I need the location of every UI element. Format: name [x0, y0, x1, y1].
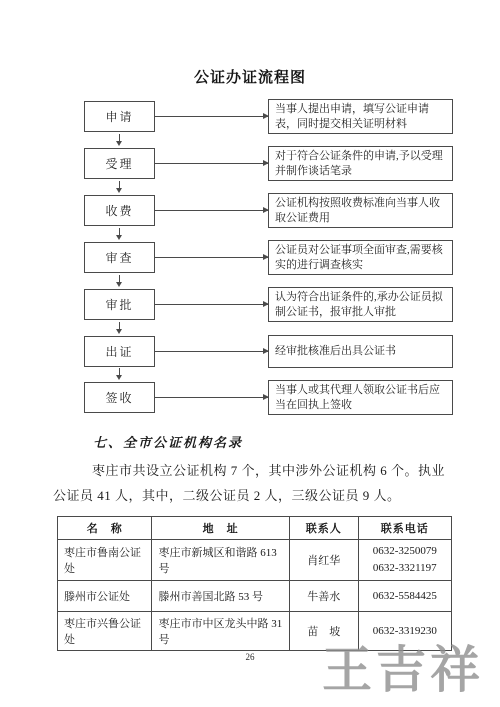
section-heading: 七、全市公证机构名录 [93, 432, 500, 451]
flow-step-charge: 收费 公证机构按照收费标准向当事人收取公证费用 [0, 193, 500, 228]
office-name: 枣庄市鲁南公证处 [58, 540, 152, 581]
col-header-address: 地 址 [152, 517, 289, 540]
flow-step-label: 受理 [105, 155, 133, 172]
flow-step-approve: 审批 认为符合出证条件的,承办公证员拟制公证书，报审批人审批 [0, 287, 500, 322]
flow-step-label: 审查 [105, 249, 133, 266]
flow-step-box: 收费 [84, 195, 155, 226]
right-arrow-connector [155, 351, 268, 352]
arrow-head [116, 235, 122, 240]
page-title: 公证办证流程图 [0, 0, 500, 87]
table-row: 枣庄市鲁南公证处 枣庄市新城区和谐路 613 号 肖红华 0632-325007… [58, 540, 452, 581]
flow-step-description: 当事人提出申请，填写公证申请表，同时提交相关证明材料 [268, 99, 453, 134]
flow-step-sign: 签收 当事人或其代理人领取公证书后应当在回执上签收 [0, 380, 500, 415]
flow-step-review: 审查 公证员对公证事项全面审查,需要核实的进行调查核实 [0, 240, 500, 275]
office-address: 枣庄市市中区龙头中路 31 号 [152, 612, 289, 651]
down-arrow-icon [116, 181, 123, 193]
down-arrow-icon [116, 275, 123, 287]
flow-step-apply: 申请 当事人提出申请，填写公证申请表，同时提交相关证明材料 [0, 99, 500, 134]
office-address: 滕州市善国北路 53 号 [152, 581, 289, 612]
right-arrow-connector [155, 116, 268, 117]
office-name: 枣庄市兴鲁公证处 [58, 612, 152, 651]
down-arrow-icon [116, 228, 123, 240]
document-page: 公证办证流程图 申请 当事人提出申请，填写公证申请表，同时提交相关证明材料 受理… [0, 0, 500, 707]
down-arrow-icon [116, 322, 123, 334]
flow-step-label: 收费 [105, 202, 133, 219]
flow-step-box: 申请 [84, 101, 155, 132]
phone-line-1: 0632-5584425 [365, 588, 445, 605]
phone-line-1: 0632-3250079 [365, 543, 445, 560]
watermark-signature: 王吉祥 [322, 630, 484, 702]
arrow-head [116, 188, 122, 193]
flow-step-box: 出证 [84, 336, 155, 367]
flow-step-box: 审批 [84, 289, 155, 320]
flow-step-label: 出证 [105, 343, 133, 360]
flow-step-box: 签收 [84, 382, 155, 413]
office-phone: 0632-5584425 [358, 581, 451, 612]
phone-line-2: 0632-3321197 [365, 560, 445, 577]
flowchart: 申请 当事人提出申请，填写公证申请表，同时提交相关证明材料 受理 对于符合公证条… [0, 99, 500, 415]
office-phone: 0632-3250079 0632-3321197 [358, 540, 451, 581]
flow-step-label: 申请 [105, 108, 133, 125]
arrow-head [116, 141, 122, 146]
flow-step-description: 当事人或其代理人领取公证书后应当在回执上签收 [268, 380, 453, 415]
flow-step-box: 受理 [84, 148, 155, 179]
col-header-phone: 联系电话 [358, 517, 451, 540]
col-header-contact: 联系人 [289, 517, 358, 540]
flow-step-issue: 出证 经审批核准后出具公证书 [0, 334, 500, 368]
right-arrow-connector [155, 397, 268, 398]
right-arrow-connector [155, 257, 268, 258]
flow-step-description: 公证机构按照收费标准向当事人收取公证费用 [268, 193, 453, 228]
section-paragraph: 枣庄市共设立公证机构 7 个，其中涉外公证机构 6 个。执业公证员 41 人，其… [53, 458, 452, 508]
arrow-head [116, 282, 122, 287]
right-arrow-connector [155, 210, 268, 211]
arrow-head [116, 375, 122, 380]
col-header-name: 名 称 [58, 517, 152, 540]
flow-step-accept: 受理 对于符合公证条件的申请,予以受理并制作谈话笔录 [0, 146, 500, 181]
right-arrow-connector [155, 304, 268, 305]
flow-step-label: 审批 [105, 296, 133, 313]
office-name: 滕州市公证处 [58, 581, 152, 612]
down-arrow-icon [116, 368, 123, 380]
flow-step-description: 经审批核准后出具公证书 [268, 335, 453, 368]
right-arrow-connector [155, 163, 268, 164]
table-row: 滕州市公证处 滕州市善国北路 53 号 牛善水 0632-5584425 [58, 581, 452, 612]
flow-step-label: 签收 [105, 389, 133, 406]
table-header-row: 名 称 地 址 联系人 联系电话 [58, 517, 452, 540]
down-arrow-icon [116, 134, 123, 146]
flow-step-box: 审查 [84, 242, 155, 273]
page-number: 26 [240, 652, 260, 662]
flow-step-description: 对于符合公证条件的申请,予以受理并制作谈话笔录 [268, 146, 453, 181]
office-contact: 肖红华 [289, 540, 358, 581]
flow-step-description: 认为符合出证条件的,承办公证员拟制公证书，报审批人审批 [268, 287, 453, 322]
office-address: 枣庄市新城区和谐路 613 号 [152, 540, 289, 581]
flow-step-description: 公证员对公证事项全面审查,需要核实的进行调查核实 [268, 240, 453, 275]
office-contact: 牛善水 [289, 581, 358, 612]
arrow-head [116, 329, 122, 334]
